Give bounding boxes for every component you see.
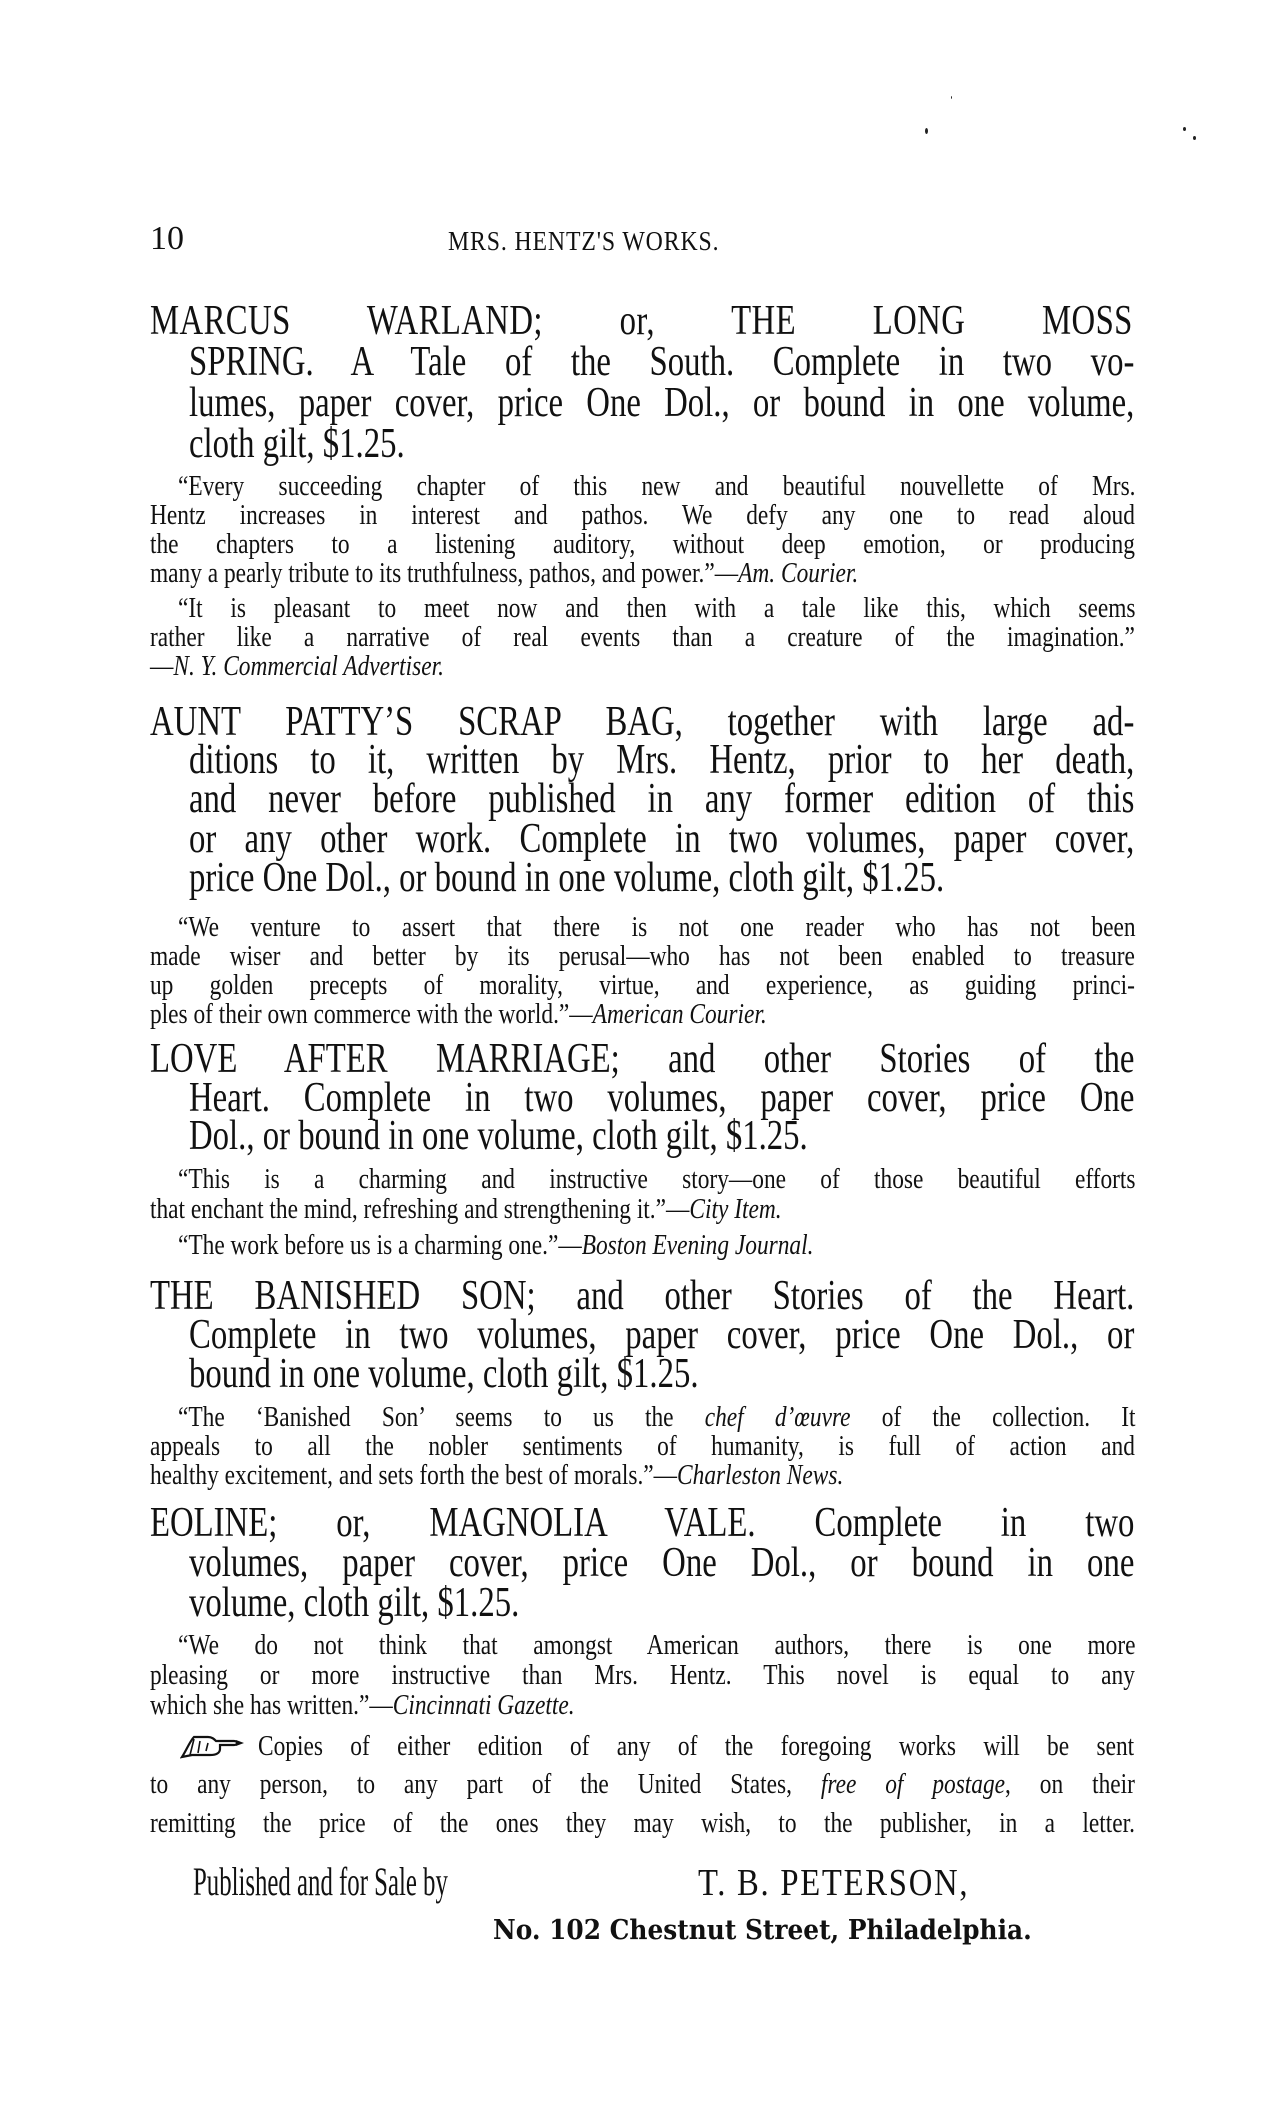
review-text: of the collection. It (851, 1402, 1136, 1433)
entry-body-line: SPRING. A Tale of the South. Complete in… (189, 341, 1134, 385)
review-quote-line: many a pearly tribute to its truthfulnes… (150, 558, 858, 590)
review-quote-line: made wiser and better by its perusal—who… (150, 941, 1135, 973)
review-quote-line: “The work before us is a charming one.”—… (178, 1230, 813, 1262)
review-source: Cincinnati Gazette. (393, 1689, 575, 1721)
entry-body-line: ditions to it, written by Mrs. Hentz, pr… (189, 739, 1134, 783)
review-source: N. Y. Commercial Advertiser. (173, 650, 444, 682)
ink-speck (1193, 136, 1196, 140)
entry-body-line: bound in one volume, cloth gilt, $1.25. (189, 1353, 699, 1397)
review-quote-line: ples of their own commerce with the worl… (150, 999, 767, 1031)
imprint-label: Published and for Sale by (193, 1862, 448, 1902)
review-quote-line: that enchant the mind, refreshing and st… (150, 1194, 782, 1226)
entry-body-line: cloth gilt, $1.25. (189, 423, 405, 467)
entry-body-line: volume, cloth gilt, $1.25. (189, 1582, 519, 1626)
review-quote-line: “This is a charming and instructive stor… (178, 1164, 1136, 1196)
notice-text: , on their (1005, 1769, 1135, 1800)
review-quote-line: Hentz increases in interest and pathos. … (150, 500, 1135, 532)
review-quote-line: “We do not think that amongst American a… (178, 1630, 1136, 1662)
notice-line: to any person, to any part of the United… (150, 1769, 1135, 1801)
publisher-address: No. 102 Chestnut Street, Philadelphia. (493, 1916, 1032, 1946)
review-text: ples of their own commerce with the worl… (150, 998, 593, 1030)
entry-body-line: price One Dol., or bound in one volume, … (189, 857, 944, 901)
notice-text: to any person, to any part of the United… (150, 1769, 821, 1800)
ink-speck (951, 96, 952, 99)
review-text: — (150, 650, 173, 682)
page-number: 10 (150, 224, 184, 254)
review-quote-line: “We venture to assert that there is not … (178, 912, 1136, 944)
entry-body-line: lumes, paper cover, price One Dol., or b… (189, 382, 1134, 426)
ink-speck (925, 128, 928, 134)
entry-title-line: LOVE AFTER MARRIAGE; and other Stories o… (150, 1038, 1134, 1082)
review-source: American Courier. (593, 998, 767, 1030)
review-text: which she has written.”— (150, 1689, 393, 1721)
manicule-pointing-hand-icon (180, 1733, 246, 1759)
review-source: City Item. (689, 1193, 781, 1225)
publisher-name: T. B. PETERSON, (698, 1864, 969, 1902)
review-quote-line: “The ‘Banished Son’ seems to us the chef… (178, 1402, 1136, 1434)
review-quote-line: healthy excitement, and sets forth the b… (150, 1460, 843, 1492)
review-text: healthy excitement, and sets forth the b… (150, 1459, 677, 1491)
review-italic-phrase: chef d’œuvre (705, 1402, 851, 1433)
entry-title-line: EOLINE; or, MAGNOLIA VALE. Complete in t… (150, 1502, 1134, 1546)
review-text: that enchant the mind, refreshing and st… (150, 1193, 689, 1225)
notice-line: remitting the price of the ones they may… (150, 1808, 1135, 1840)
notice-line: Copies of either edition of any of the f… (258, 1731, 1134, 1763)
review-quote-line: pleasing or more instructive than Mrs. H… (150, 1660, 1135, 1692)
review-quote-line: —N. Y. Commercial Advertiser. (150, 651, 444, 683)
running-title: MRS. HENTZ'S WORKS. (448, 226, 719, 256)
notice-italic-phrase: free of postage (821, 1769, 1005, 1800)
review-source: Boston Evening Journal. (582, 1229, 814, 1261)
review-source: Charleston News. (677, 1459, 843, 1491)
review-text: “The ‘Banished Son’ seems to us the (178, 1402, 705, 1433)
review-quote-line: “It is pleasant to meet now and then wit… (178, 593, 1136, 625)
ink-speck (1183, 127, 1186, 131)
entry-body-line: and never before published in any former… (189, 778, 1134, 822)
entry-title-line: MARCUS WARLAND; or, THE LONG MOSS (150, 300, 1133, 344)
review-quote-line: “Every succeeding chapter of this new an… (178, 471, 1136, 503)
review-text: “The work before us is a charming one.”— (178, 1229, 582, 1261)
review-text: many a pearly tribute to its truthfulnes… (150, 557, 738, 589)
entry-body-line: Dol., or bound in one volume, cloth gilt… (189, 1115, 808, 1159)
review-quote-line: which she has written.”—Cincinnati Gazet… (150, 1690, 575, 1722)
entry-title-line: THE BANISHED SON; and other Stories of t… (150, 1275, 1134, 1319)
review-source: Am. Courier. (738, 557, 858, 589)
